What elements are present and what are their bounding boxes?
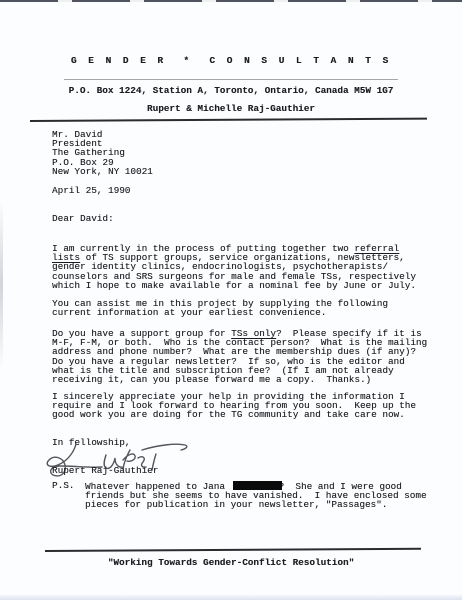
redaction-box (233, 481, 282, 490)
paragraph-text: of TS support groups, service organizati… (52, 252, 416, 291)
postscript-label: P.S. (52, 481, 85, 510)
footer-rule (45, 548, 421, 552)
paragraph-referral-lists: I am currently in the process of putting… (52, 244, 416, 290)
paragraph-text: ? Please specify if it is M-F, F-M, or b… (52, 328, 427, 385)
recipient-address-block: Mr. David President The Gathering P.O. B… (52, 130, 153, 176)
date-line: April 25, 1990 (52, 186, 130, 195)
scan-edge-artifact-bottom (0, 594, 462, 600)
salutation: Dear David: (52, 214, 114, 223)
letterhead-names: Rupert & Michelle Raj-Gauthier (0, 104, 462, 113)
letterhead-org-name: G E N D E R * C O N S U L T A N T S (0, 56, 462, 65)
letterhead-underline (64, 79, 398, 80)
letterhead-rule (30, 118, 427, 122)
paragraph-support-group-questions: Do you have a support group for TSs only… (52, 329, 427, 384)
postscript: P.S. Whatever happened to Jana ? She and… (52, 481, 427, 510)
scanned-letter: G E N D E R * C O N S U L T A N T S P.O.… (0, 0, 462, 600)
scan-edge-artifact-top (0, 0, 462, 2)
footer-motto: "Working Towards Gender-Conflict Resolut… (0, 558, 462, 567)
paragraph-appreciation: I sincerely appreciate your help in prov… (52, 392, 416, 420)
scan-edge-artifact-left (0, 200, 3, 370)
postscript-text: Whatever happened to Jana ? She and I we… (85, 481, 427, 510)
signature-name: Rupert Raj-Gauthier (52, 466, 158, 475)
letterhead-address: P.O. Box 1224, Station A, Toronto, Ontar… (0, 86, 462, 95)
closing-valediction: In fellowship, (52, 438, 130, 447)
paragraph-assist-request: You can assist me in this project by sup… (52, 299, 388, 317)
